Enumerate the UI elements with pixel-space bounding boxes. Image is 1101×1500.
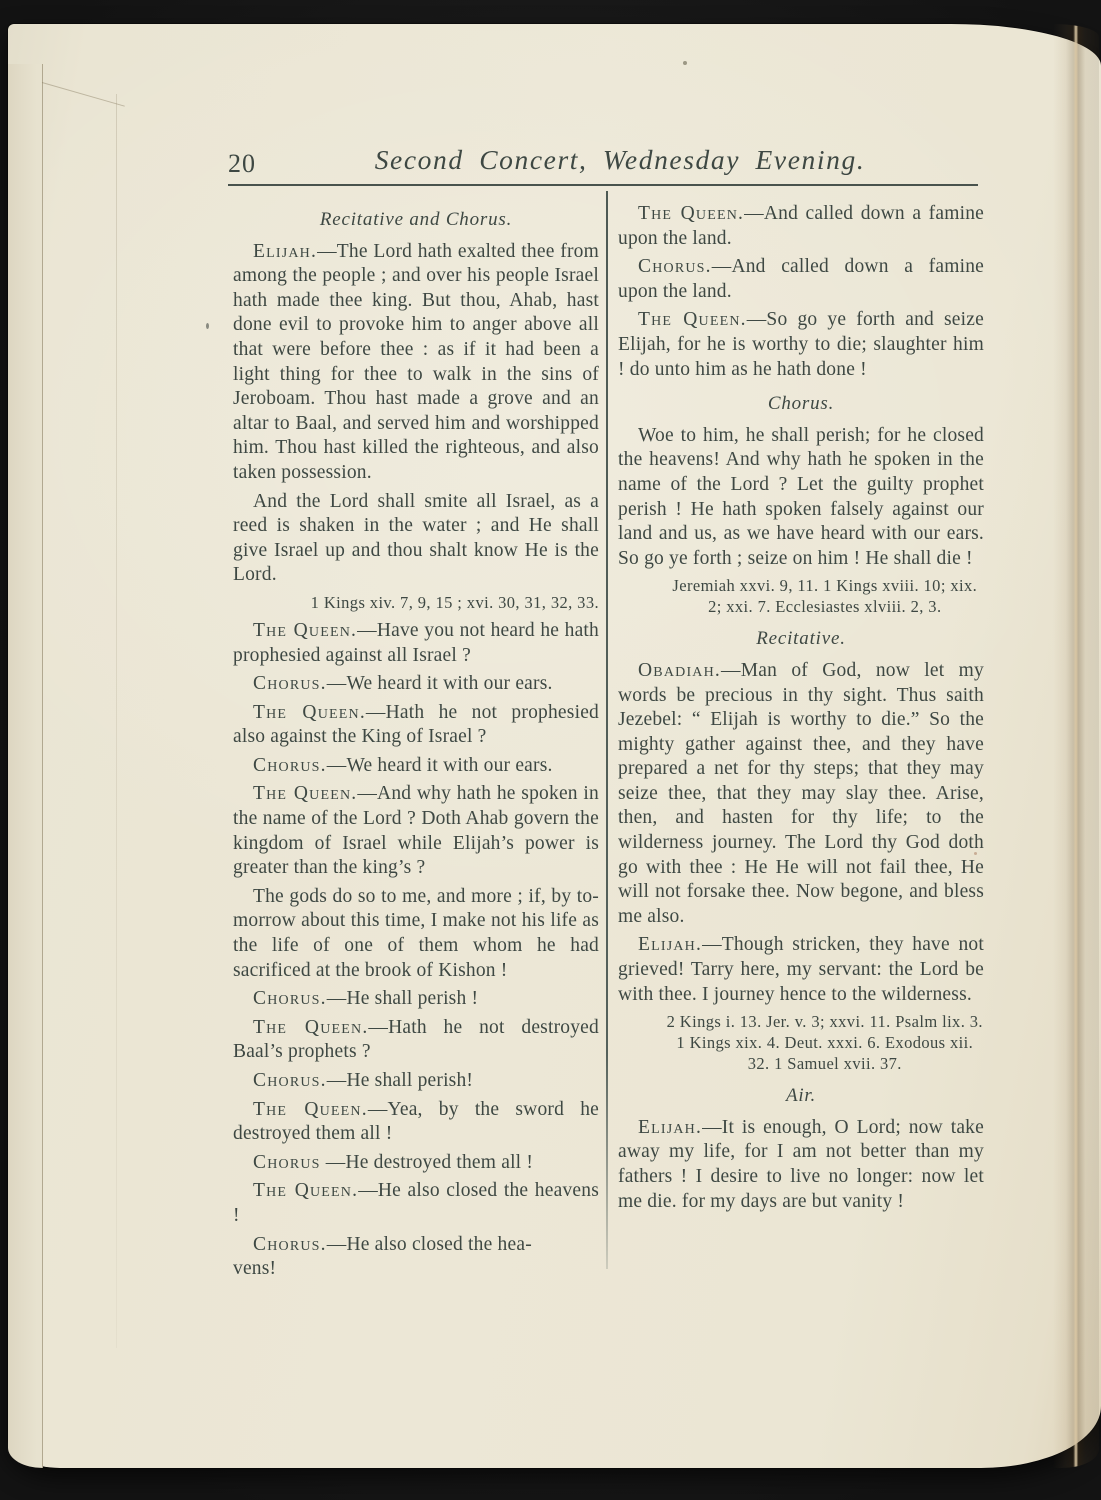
- left-text-column: Recitative and Chorus.Elijah.—The Lord h…: [233, 198, 599, 1286]
- speaker-name: Chorus.: [253, 755, 327, 776]
- dialogue-paragraph: The Queen.—Hath he not destroyed Baal’s …: [233, 1016, 599, 1065]
- dialogue-paragraph: Chorus.—And called down a famine upon th…: [618, 255, 984, 304]
- section-heading: Chorus.: [618, 392, 984, 417]
- underlying-page-top-edge: [42, 82, 125, 107]
- dialogue-paragraph: Chorus.—We heard it with our ears.: [233, 672, 599, 697]
- speech-text: The gods do so to me, and more ; if, by …: [233, 886, 599, 981]
- dialogue-paragraph: Woe to him, he shall perish; for he clos…: [618, 424, 984, 572]
- dialogue-paragraph: The Queen.—And called down a famine upon…: [618, 202, 984, 251]
- dialogue-paragraph: And the Lord shall smite all Israel, as …: [233, 490, 599, 588]
- dialogue-paragraph: The gods do so to me, and more ; if, by …: [233, 885, 599, 983]
- speaker-name: The Queen.: [253, 1017, 368, 1038]
- dialogue-paragraph: Chorus.—He shall perish!: [233, 1069, 599, 1094]
- dialogue-paragraph: Elijah.—The Lord hath exalted thee from …: [233, 240, 599, 486]
- right-text-column: The Queen.—And called down a famine upon…: [618, 198, 984, 1218]
- speaker-name: Obadiah.: [638, 660, 721, 681]
- section-heading: Recitative and Chorus.: [233, 208, 599, 233]
- header-title: Second Concert, Wednesday Evening.: [240, 144, 1000, 176]
- ink-speck: [206, 323, 209, 329]
- speaker-name: Chorus.: [253, 1070, 327, 1091]
- speaker-name: Chorus.: [253, 673, 327, 694]
- speaker-name: The Queen.: [253, 1180, 358, 1201]
- section-heading: Air.: [618, 1084, 984, 1109]
- speaker-name: Elijah.: [638, 934, 702, 955]
- speech-text: —He shall perish !: [327, 988, 478, 1009]
- speaker-name: Chorus.: [253, 1234, 327, 1255]
- speaker-name: Elijah.: [638, 1117, 702, 1138]
- speech-text: —We heard it with our ears.: [327, 755, 553, 776]
- speaker-name: The Queen.: [253, 620, 357, 641]
- dialogue-paragraph: The Queen.—And why hath he spoken in the…: [233, 782, 599, 880]
- dialogue-paragraph: The Queen.—He also closed the heavens !: [233, 1179, 599, 1228]
- header-rule: [228, 184, 978, 186]
- dialogue-paragraph: Chorus —He destroyed them all !: [233, 1151, 599, 1176]
- speech-text: —He shall perish!: [327, 1070, 473, 1091]
- dialogue-paragraph: The Queen.—Yea, by the sword he destroye…: [233, 1098, 599, 1147]
- dialogue-paragraph: The Queen.—So go ye forth and seize Elij…: [618, 308, 984, 382]
- dialogue-paragraph: Obadiah.—Man of God, now let my words be…: [618, 659, 984, 930]
- speaker-name: The Queen.: [638, 203, 744, 224]
- speaker-name: The Queen.: [253, 783, 357, 804]
- speaker-name: The Queen.: [638, 309, 747, 330]
- column-divider-rule: [606, 191, 608, 1269]
- scripture-citation: 1 Kings xiv. 7, 9, 15 ; xvi. 30, 31, 32,…: [233, 592, 599, 613]
- speech-text: —He destroyed them all !: [321, 1152, 533, 1173]
- speech-text: And the Lord shall smite all Israel, as …: [233, 491, 599, 586]
- ink-speck: [683, 61, 687, 65]
- speaker-name: The Queen.: [253, 702, 366, 723]
- scripture-citation: Jeremiah xxvi. 9, 11. 1 Kings xviii. 10;…: [618, 575, 984, 617]
- dialogue-paragraph: Chorus.—He shall perish !: [233, 987, 599, 1012]
- dialogue-paragraph: Chorus.—He also closed the hea-vens!: [233, 1233, 599, 1282]
- speech-text: —We heard it with our ears.: [327, 673, 553, 694]
- dialogue-paragraph: Elijah.—It is enough, O Lord; now take a…: [618, 1116, 984, 1214]
- speech-text: Woe to him, he shall perish; for he clos…: [618, 425, 984, 569]
- speech-text: —The Lord hath exalted thee from among t…: [233, 241, 599, 483]
- paper-fold-line: [116, 94, 117, 1348]
- speaker-name: Chorus: [253, 1152, 321, 1173]
- scripture-citation: 2 Kings i. 13. Jer. v. 3; xxvi. 11. Psal…: [618, 1011, 984, 1074]
- speaker-name: Elijah.: [253, 241, 317, 262]
- dialogue-paragraph: Chorus.—We heard it with our ears.: [233, 754, 599, 779]
- speaker-name: The Queen.: [253, 1099, 368, 1120]
- dialogue-paragraph: Elijah.—Though stricken, they have not g…: [618, 933, 984, 1007]
- speaker-name: Chorus.: [253, 988, 327, 1009]
- underlying-page-edge: [8, 64, 43, 1468]
- speech-text: —Man of God, now let my words be preciou…: [618, 660, 984, 927]
- gutter-crease: [1053, 24, 1099, 1468]
- section-heading: Recitative.: [618, 627, 984, 652]
- dialogue-paragraph: The Queen.—Hath he not prophesied also a…: [233, 701, 599, 750]
- dialogue-paragraph: The Queen.—Have you not heard he hath pr…: [233, 619, 599, 668]
- speaker-name: Chorus.: [638, 256, 712, 277]
